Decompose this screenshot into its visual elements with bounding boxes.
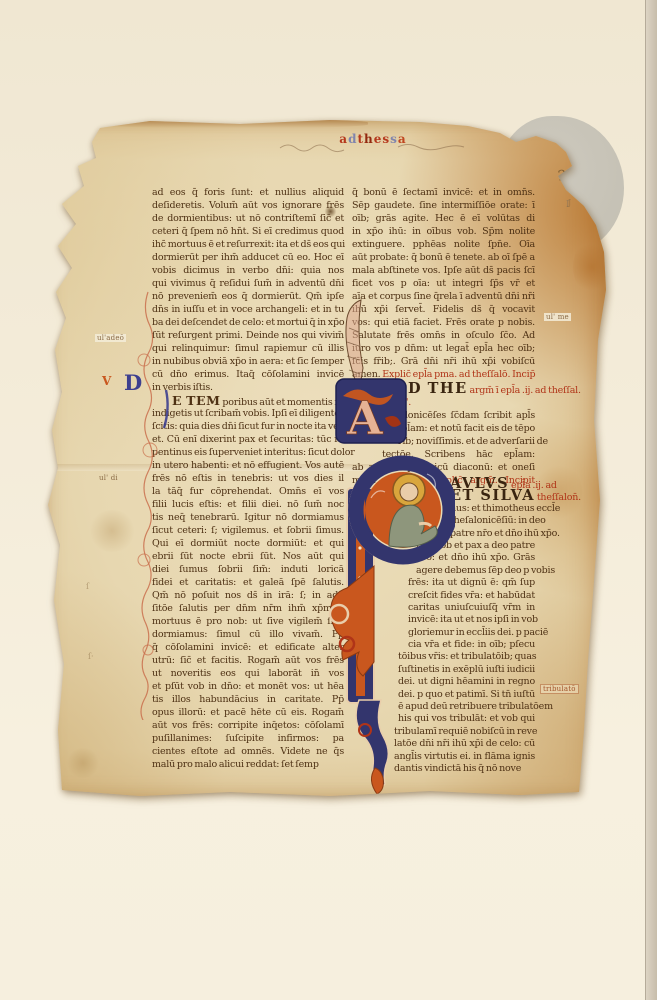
running-title-letter: s: [382, 132, 390, 146]
text-line: dormiamus: ſimul cū illo vivam̄. Pp̄: [152, 628, 344, 641]
body-text: iuro vos p dn̄m: ut legat̄ epl̄a hec oīb…: [352, 343, 535, 354]
stain: [573, 240, 611, 294]
text-line: ba dei deſcendet de celo: et mortui q̄ i…: [152, 316, 344, 329]
body-text: in nubibus obviā xp̄o in aera: et ſic ſe…: [152, 356, 344, 367]
body-text: ſitōe ſalutis per dn̄m nr̄m ihm̄ xp̄m q̄: [152, 603, 344, 614]
text-line: la tāq̄ fur cōprehendat. Omn̄s eī vos: [152, 485, 344, 498]
text-line: ad eos q̄ foris ſunt: et nullius aliquid: [152, 186, 344, 199]
text-line: ſcitis: quia dies dn̄i ſicut fur in noct…: [152, 420, 344, 433]
marginal-tick: J: [568, 198, 571, 207]
running-title-letter: s: [390, 132, 398, 146]
body-text: ficet vos p oīa: ut integri ſp̄s vr̄ et: [352, 278, 535, 289]
body-text: aūt probate: q̄ bonū ē tenete. ab oī ſpē…: [352, 252, 535, 263]
paraph-mark-v: V: [102, 374, 111, 388]
running-title-letter: a: [398, 132, 407, 146]
margin-note-left-lower: ul' di: [97, 474, 120, 482]
text-line: oīb; grās agite. Hec ē eī volūtas di: [352, 212, 535, 225]
body-text: epl̄am: et notū facit eis de tēpo: [396, 423, 535, 434]
body-text: cū dn̄o erimus. Itaq̄ cōſolamini invicē: [152, 369, 344, 380]
text-line: cū dn̄o erimus. Itaq̄ cōſolamini invicē: [152, 368, 344, 381]
text-line: q̄ bonū ē ſectamī invicē: et in omn̄s.: [352, 186, 535, 199]
body-text: Qm̄ nō poſuit nos ds̄ in irā: ſ; in adq̄: [152, 590, 344, 601]
rubric-text: theſſalon̄.: [535, 492, 581, 503]
body-text: qui vivimus q̄ reſidui ſum̄ in adventū d…: [152, 278, 344, 289]
svg-text:A: A: [346, 391, 384, 444]
text-line: ceteri q̄ ſpem nō hn̄t. Si eī credimus q…: [152, 225, 344, 238]
text-line: cientes eſtote ad omnēs. Videte ne q̄s: [152, 745, 344, 758]
rubric-text: argm̄ ī epl̄a .ij. ad theſſal.: [468, 385, 581, 396]
text-line: vobis dicimus in verbo dn̄i: quia nos: [152, 264, 344, 277]
body-text: dormierūt per ihm̄ adducet cū eo. Hoc eī: [152, 252, 344, 263]
text-line: q̄ cōſolamini invicē: et edificate alter: [152, 641, 344, 654]
body-text: de dormientibus: ut nō contriſtemī ſic̄ …: [152, 213, 344, 224]
text-line: aūt probate: q̄ bonū ē tenete. ab oī ſpē…: [352, 251, 535, 264]
body-text: deſideretis. Volum̄ aūt vos ignorare frē…: [152, 200, 344, 211]
text-line: ut noveritis eos qui laborāt in̄ vos: [152, 667, 344, 680]
body-text: extinguere. pphēas nolite ſpn̄e. Oīa: [352, 239, 535, 250]
body-text: nō preveniem̄ eos q̄ dormierūt. Qm̄ ipſe: [152, 291, 344, 302]
text-line: aīa et corpus ſine q̄rela ī adventū dn̄i…: [352, 290, 535, 303]
body-text: mala abſtinete vos. Ipſe aūt ds̄ pacis ſ…: [352, 265, 535, 276]
body-text: diei ſumus ſobrii ſim̄: induti loricā: [152, 564, 344, 575]
text-column-left: ad eos q̄ foris ſunt: et nullius aliquid…: [152, 186, 344, 771]
manuscript-leaf: adthessa 2 I ul'adeō ul' di ul' me tribu…: [40, 112, 610, 804]
body-text: opus illorū: et pacē hēte cū eis. Rogam̄: [152, 707, 344, 718]
text-line: et pſūt vob in dn̄o: et monēt vos: ut hē…: [152, 680, 344, 693]
text-line: et. Cū enī dixerint pax et ſecuritas: tū…: [152, 433, 344, 446]
body-text: oīb; grās agite. Hec ē eī volūtas di: [352, 213, 535, 224]
body-text: aīa et corpus ſine q̄rela ī adventū dn̄i…: [352, 291, 535, 302]
stain: [98, 119, 368, 128]
text-line: ebrii ſūt nocte ebrii ſūt. Nos aūt qui: [152, 550, 344, 563]
body-text: Salutate frēs omn̄s in oſculo ſc̄o. Ad: [352, 330, 535, 341]
text-line: diei ſumus ſobrii ſim̄: induti loricā: [152, 563, 344, 576]
body-text: ihū xp̄i ſervet̄. Fidelis ds̄ q̄ vocavit: [352, 304, 535, 315]
body-text: SAlonicēſes ſc̄dam ſcribit apl̄s: [392, 410, 535, 421]
body-text: mortuus ē pro nob: ut ſive vigilem̄ ſive: [152, 616, 344, 627]
body-text: ad eos q̄ foris ſunt: et nullius aliquid: [152, 187, 344, 198]
text-line: tis illos habundācius in caritate. Pp̄: [152, 693, 344, 706]
body-text: vos: qui etiā faciet. Frēs orate p nobis…: [352, 317, 535, 328]
body-text: ut noveritis eos qui laborāt in̄ vos: [152, 668, 344, 679]
body-text: et. Cū enī dixerint pax et ſecuritas: tū…: [152, 434, 344, 445]
stain: [66, 748, 100, 778]
text-line: puſillanimes: ſuſcipite infirmos: pa: [152, 732, 344, 745]
historiated-initial-p-icon: [323, 438, 455, 798]
text-line: iuro vos p dn̄m: ut legat̄ epl̄a hec oīb…: [352, 342, 535, 355]
body-text: q̄ bonū ē ſectamī invicē: et in omn̄s.: [352, 187, 535, 198]
text-line: malū pro malo alicui reddat: ſet ſemp: [152, 758, 344, 771]
body-text: ceteri q̄ ſpem nō hn̄t. Si eī credimus q…: [152, 226, 344, 237]
text-line: ihū xp̄i ſervet̄. Fidelis ds̄ q̄ vocavit: [352, 303, 535, 316]
text-line: aūt vos frēs: corripite inq̄etos: cōſola…: [152, 719, 344, 732]
decorated-initial-a-icon: A: [335, 378, 407, 444]
manuscript-photo: adthessa 2 I ul'adeō ul' di ul' me tribu…: [0, 0, 657, 1000]
body-text: ba dei deſcendet de celo: et mortui q̄ i…: [152, 317, 344, 328]
text-line: Qm̄ nō poſuit nos ds̄ in irā: ſ; in adq̄: [152, 589, 344, 602]
body-text: aūt vos frēs: corripite inq̄etos: cōſola…: [152, 720, 344, 731]
body-text: ſūt reſurgent primi. Deinde nos qui vivi…: [152, 330, 344, 341]
body-text: ſicut ceteri: ſ; vigilemus. et ſobrii ſi…: [152, 525, 344, 536]
margin-note-right-upper: ul' me: [544, 313, 571, 321]
text-line: tis neq̄ tenebrarū. Igitur nō dormiamus: [152, 511, 344, 524]
text-line: in utero habenti: et nō effugient. Vos a…: [152, 459, 344, 472]
marginal-tick: ſ·: [88, 652, 94, 661]
body-text: qui relinquimur: ſimul rapiemur cū illis: [152, 343, 344, 354]
body-text: ſcitis: quia dies dn̄i ſicut fur in noct…: [152, 421, 347, 432]
manuscript-leaf-wrap: adthessa 2 I ul'adeō ul' di ul' me tribu…: [40, 112, 610, 804]
body-text: puſillanimes: ſuſcipite infirmos: pa: [152, 733, 344, 744]
display-capitals: D THE: [408, 380, 468, 397]
body-text: vobis dicimus in verbo dn̄i: quia nos: [152, 265, 344, 276]
folio-number: 2: [557, 167, 568, 184]
body-text: dormiamus: ſimul cū illo vivam̄. Pp̄: [152, 629, 344, 640]
body-text: dn̄s in iuſſu et in voce archangeli: et …: [152, 304, 344, 315]
pen-flourish-cascade-icon: [120, 290, 180, 720]
text-line: mortuus ē pro nob: ut ſive vigilem̄ ſive: [152, 615, 344, 628]
body-text: fidei et caritatis: et galeā ſpē ſalutis…: [152, 577, 344, 588]
body-text: ebrii ſūt nocte ebrii ſūt. Nos aūt qui: [152, 551, 344, 562]
text-line: E TEM poribus aūt et momentis frēs: nō: [152, 394, 344, 407]
running-title-letter: a: [339, 132, 348, 146]
text-line: ſicut ceteri: ſ; vigilemus. et ſobrii ſi…: [152, 524, 344, 537]
text-line: de dormientibus: ut nō contriſtemī ſic̄ …: [152, 212, 344, 225]
body-text: nus: et thimotheus eccl̄e: [450, 503, 560, 514]
body-text: in xp̄o ihū: in oībus vob. Sp̄m nolite: [352, 226, 535, 237]
body-text: theſalonicēſiū: in deo: [450, 515, 546, 526]
text-line: pentinus eis ſuperveniet interitus: ſicu…: [152, 446, 344, 459]
text-line: in xp̄o ihū: in oībus vob. Sp̄m nolite: [352, 225, 535, 238]
body-text: la tāq̄ fur cōprehendat. Omn̄s eī vos: [152, 486, 344, 497]
text-line: Sēp gaudete. ſine intermiſſiōe orate: ī: [352, 199, 535, 212]
body-text: tis illos habundācius in caritate. Pp̄: [152, 694, 344, 705]
body-text: frēs nō eſtis in tenebris: ut vos dies i…: [152, 473, 344, 484]
body-text: utrū: ſic̄ et facitis. Rogam̄ aūt vos fr…: [152, 655, 344, 666]
body-text: patre nr̄o et dn̄o ihū xp̄o.: [450, 528, 560, 539]
text-line: qui relinquimur: ſimul rapiemur cū illis: [152, 342, 344, 355]
text-line: ſitōe ſalutis per dn̄m nr̄m ihm̄ xp̄m q̄: [152, 602, 344, 615]
margin-note-right-lower: tribulatō: [540, 684, 579, 694]
text-line: mala abſtinete vos. Ipſe aūt ds̄ pacis ſ…: [352, 264, 535, 277]
running-title: adthessa: [308, 132, 438, 146]
body-text: ſc̄is fr̄ib;. Grā dn̄i nr̄i ihū xp̄i vob…: [352, 356, 535, 367]
text-line: filii lucis eſtis: et filii diei. nō ſum…: [152, 498, 344, 511]
text-line: ſūt reſurgent primi. Deinde nos qui vivi…: [152, 329, 344, 342]
text-column-right-upper: q̄ bonū ē ſectamī invicē: et in omn̄s.Sē…: [352, 186, 535, 396]
text-line: extinguere. pphēas nolite ſpn̄e. Oīa: [352, 238, 535, 251]
body-text: tis neq̄ tenebrarū. Igitur nō dormiamus: [152, 512, 344, 523]
body-text: indigetis ut ſcribam̄ vobis. Ipſi eī dil…: [152, 408, 344, 419]
text-line: fidei et caritatis: et galeā ſpē ſalutis…: [152, 576, 344, 589]
text-line: ſc̄is fr̄ib;. Grā dn̄i nr̄i ihū xp̄i vob…: [352, 355, 535, 368]
text-line: qui vivimus q̄ reſidui ſum̄ in adventū d…: [152, 277, 344, 290]
text-line: frēs nō eſtis in tenebris: ut vos dies i…: [152, 472, 344, 485]
body-text: ihc̄ mortuus ē et reſurrexit: ita et ds̄…: [152, 239, 345, 250]
text-line: opus illorū: et pacē hēte cū eis. Rogam̄: [152, 706, 344, 719]
body-text: filii lucis eſtis: et filii diei. nō ſum…: [152, 499, 344, 510]
text-line: dormierūt per ihm̄ adducet cū eo. Hoc eī: [152, 251, 344, 264]
text-line: vos: qui etiā faciet. Frēs orate p nobis…: [352, 316, 535, 329]
running-title-letter: h: [364, 132, 374, 146]
text-line: ficet vos p oīa: ut integri ſp̄s vr̄ et: [352, 277, 535, 290]
marginal-tick: ſ: [86, 582, 89, 591]
body-text: Qui eī dormiūt nocte dormiūt: et qui: [152, 538, 344, 549]
body-text: q̄ cōſolamini invicē: et edificate alter: [152, 642, 344, 653]
text-line: nō preveniem̄ eos q̄ dormierūt. Qm̄ ipſe: [152, 290, 344, 303]
photo-edge-strip: [645, 0, 657, 1000]
body-text: Sēp gaudete. ſine intermiſſiōe orate: ī: [352, 200, 535, 211]
body-text: et pſūt vob in dn̄o: et monēt vos: ut hē…: [152, 681, 344, 692]
text-line: Salutate frēs omn̄s in oſculo ſc̄o. Ad: [352, 329, 535, 342]
text-line: Qui eī dormiūt nocte dormiūt: et qui: [152, 537, 344, 550]
text-line: indigetis ut ſcribam̄ vobis. Ipſi eī dil…: [152, 407, 344, 420]
body-text: cientes eſtote ad omnēs. Videte ne q̄s: [152, 746, 344, 757]
text-line: dn̄s in iuſſu et in voce archangeli: et …: [152, 303, 344, 316]
text-line: in nubibus obviā xp̄o in aera: et ſic ſe…: [152, 355, 344, 368]
body-text: in utero habenti: et nō effugient. Vos a…: [152, 460, 344, 471]
text-line: utrū: ſic̄ et facitis. Rogam̄ aūt vos fr…: [152, 654, 344, 667]
text-line: ihc̄ mortuus ē et reſurrexit: ita et ds̄…: [152, 238, 344, 251]
text-line: deſideretis. Volum̄ aūt vos ignorare frē…: [152, 199, 344, 212]
body-text: malū pro malo alicui reddat: ſet ſemp: [152, 759, 319, 770]
